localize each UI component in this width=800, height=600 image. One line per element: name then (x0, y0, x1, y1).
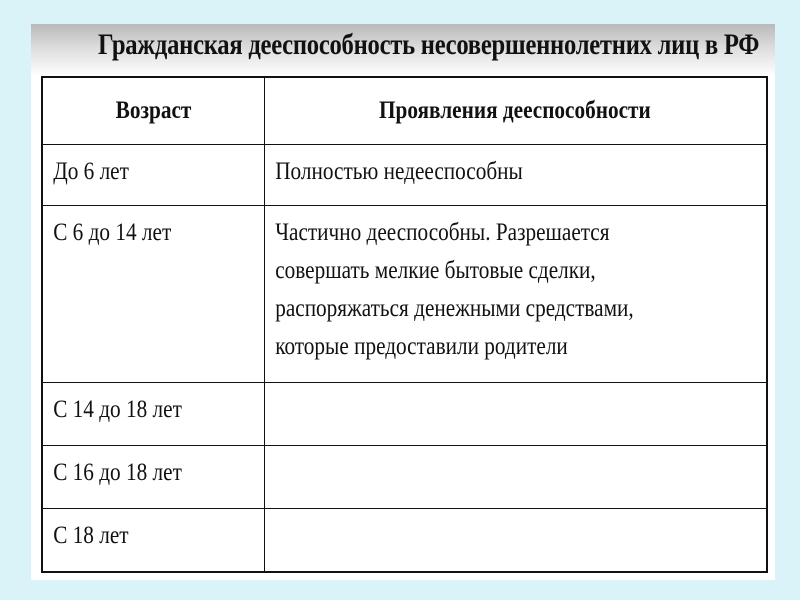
description-cell: Частично дееспособны. Разрешается соверш… (264, 206, 767, 383)
description-cell-empty (264, 446, 767, 509)
description-cell-empty (264, 383, 767, 446)
age-cell: С 6 до 14 лет (42, 206, 264, 383)
table-row: С 16 до 18 лет (42, 446, 767, 509)
table-row: С 14 до 18 лет (42, 383, 767, 446)
age-cell: С 16 до 18 лет (42, 446, 264, 509)
header-capacity: Проявления дееспособности (264, 77, 767, 145)
age-cell: До 6 лет (42, 145, 264, 206)
table-row: С 18 лет (42, 509, 767, 573)
age-cell: С 14 до 18 лет (42, 383, 264, 446)
description-cell: Полностью недееспособны (264, 145, 767, 206)
table-header-row: Возраст Проявления дееспособности (42, 77, 767, 145)
table-row: С 6 до 14 лет Частично дееспособны. Разр… (42, 206, 767, 383)
capacity-table: Возраст Проявления дееспособности До 6 л… (41, 76, 768, 573)
slide-page: Гражданская дееспособность несовершеннол… (31, 24, 775, 580)
table-row: До 6 лет Полностью недееспособны (42, 145, 767, 206)
header-age: Возраст (42, 77, 264, 145)
description-cell-empty (264, 509, 767, 573)
page-title: Гражданская дееспособность несовершеннол… (98, 28, 708, 62)
title-band: Гражданская дееспособность несовершеннол… (31, 24, 775, 76)
age-cell: С 18 лет (42, 509, 264, 573)
